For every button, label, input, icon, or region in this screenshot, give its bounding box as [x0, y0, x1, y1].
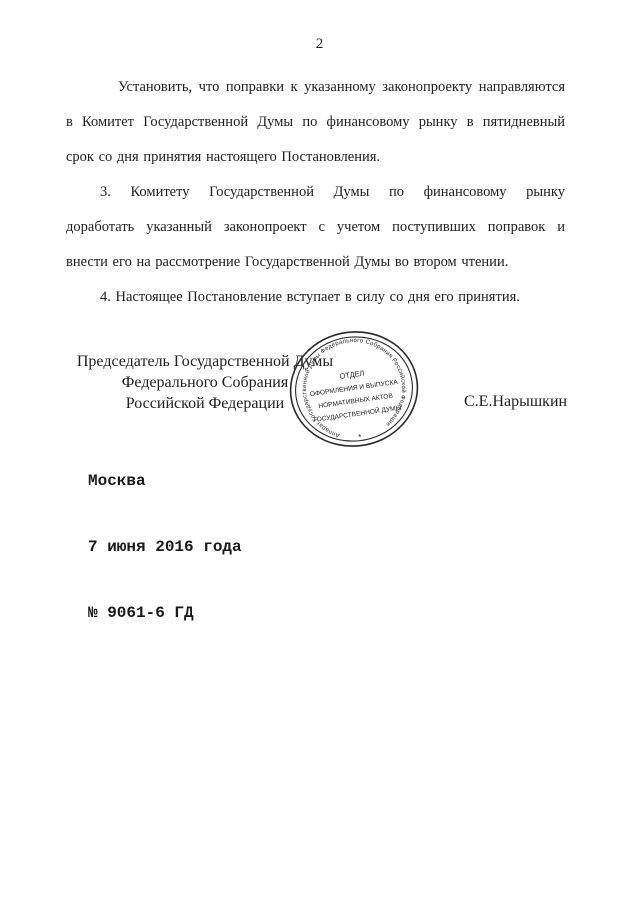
- footer-date: 7 июня 2016 года: [88, 536, 242, 558]
- paragraph-line: внести его на рассмотрение Государственн…: [66, 245, 565, 280]
- paragraph-line: срок со дня принятия настоящего Постанов…: [66, 140, 565, 175]
- signature-title-line: Российской Федерации: [126, 393, 284, 414]
- paragraph-line: 4. Настоящее Постановление вступает в си…: [66, 280, 565, 315]
- footer-city: Москва: [88, 470, 242, 492]
- document-page: 2 Установить, что поправки к указанному …: [0, 0, 640, 905]
- signature-name: С.Е.Нарышкин: [464, 393, 567, 411]
- page-number: 2: [0, 36, 640, 53]
- paragraph-line: в Комитет Государственной Думы по финанс…: [66, 105, 565, 140]
- paragraph-line: Установить, что поправки к указанному за…: [66, 70, 565, 105]
- footer-number: № 9061-6 ГД: [88, 602, 242, 624]
- official-stamp-icon: Аппарат Государственной Думы Федеральног…: [286, 329, 422, 453]
- stamp-center-line: ОТДЕЛ: [339, 368, 365, 380]
- document-body: Установить, что поправки к указанному за…: [66, 70, 565, 315]
- paragraph-line: доработать указанный законопроект с учет…: [66, 210, 565, 245]
- signature-title-line: Федерального Собрания: [122, 372, 288, 393]
- stamp-star: *: [358, 432, 362, 441]
- footer-block: Москва 7 июня 2016 года № 9061-6 ГД: [88, 426, 242, 668]
- paragraph-line: 3. Комитету Государственной Думы по фина…: [66, 175, 565, 210]
